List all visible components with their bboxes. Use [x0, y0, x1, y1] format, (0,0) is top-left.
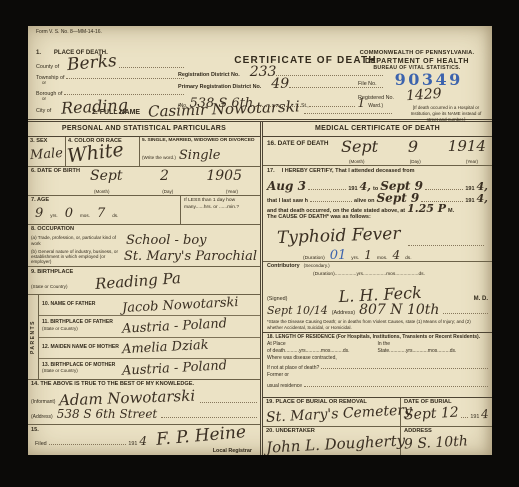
printed-191: 191 — [470, 414, 479, 420]
length-of-residence-section: 18. LENGTH OF RESIDENCE (For Hospitals, … — [263, 333, 492, 398]
dotted-leader — [408, 239, 484, 246]
informant-value: Adam Nowotarski — [59, 387, 196, 410]
parents-section: PARENTS 10. NAME OF FATHER Jacob Nowotar… — [28, 295, 260, 380]
signed-address-label: (Address) — [332, 310, 355, 316]
filed-label: Filed — [35, 441, 47, 447]
section-1-number: 1. — [36, 50, 41, 57]
ds-label: ds. — [112, 213, 118, 218]
place-of-burial-cell: 19. PLACE OF BURIAL OR REMOVAL St. Mary'… — [263, 398, 401, 426]
father-name-label: 10. NAME OF FATHER — [42, 302, 120, 308]
signed-line: (Signed) L. H. Feck M. D. — [263, 285, 492, 302]
undertaker-value: John L. Dougherty — [266, 431, 406, 455]
less-than-one-day-note: If LESS than 1 day how many......hrs. or… — [180, 196, 260, 224]
father-birthplace-sublabel: (State or Country) — [42, 326, 78, 331]
day-sublabel: (Day) — [410, 159, 421, 164]
full-name-value: Casimir Nowotarski — [148, 97, 300, 120]
burial-date-value: Sept 12 — [404, 405, 459, 424]
dotted-leader — [161, 411, 257, 418]
contributory-label: Contributory — [267, 263, 300, 269]
mother-birthplace-row: 13. BIRTHPLACE OF MOTHER(State or Countr… — [39, 359, 260, 379]
yrs-label: yrs. — [50, 213, 57, 218]
full-name-label: 2. FULL NAME — [92, 109, 140, 116]
county-label: County of — [36, 64, 59, 70]
dotted-leader — [308, 183, 346, 190]
dotted-leader — [64, 88, 184, 95]
mother-name-value: Amelia Dziak — [122, 338, 209, 358]
certificate-header: Form V. S. No. 8—MM-14-16. 1. PLACE OF D… — [28, 26, 492, 122]
dod-day: 9 — [408, 137, 418, 156]
printed-191: 191 — [465, 186, 474, 192]
dob-year: 1905 — [206, 168, 242, 184]
dob-day: 2 — [160, 168, 169, 184]
primary-registration-label: Primary Registration District No. — [178, 84, 261, 90]
dotted-leader — [119, 61, 184, 68]
day-sublabel: (Day) — [162, 189, 173, 194]
death-time-value: 1.25 P — [407, 202, 446, 215]
certify-number: 17. — [267, 168, 275, 174]
sex-label: 3. SEX — [30, 138, 63, 144]
last-saw-label: that I last saw h — [267, 198, 308, 204]
year-sublabel: (Year) — [226, 189, 238, 194]
registered-no-value: 1429 — [405, 86, 442, 104]
undertaker-address-cell: ADDRESS 9 S. 10th — [401, 427, 492, 455]
birthplace-sublabel: (State or Country) — [31, 284, 68, 289]
certificate-card: Form V. S. No. 8—MM-14-16. 1. PLACE OF D… — [28, 26, 492, 455]
burial-value: St. Mary's Cemetery — [266, 402, 413, 426]
duration-code-blue: 01 — [330, 248, 347, 263]
of-death-line: of death..........yrs...........mos.....… — [267, 348, 378, 354]
sex-cell: 3. SEX Male — [28, 137, 66, 166]
age-main: 7. AGE 9yrs. 0mos. 7ds. — [28, 196, 180, 224]
department-line: DEPARTMENT OF HEALTH — [344, 56, 490, 65]
occupation-a-value: School - boy — [126, 233, 207, 248]
dob-month: Sept — [90, 168, 122, 184]
informant-row: 14. THE ABOVE IS TRUE TO THE BEST OF MY … — [28, 380, 260, 425]
mother-birthplace-label: 13. BIRTHPLACE OF MOTHER(State or Countr… — [42, 363, 120, 375]
residence-heading: 18. LENGTH OF RESIDENCE (For Hospitals, … — [267, 334, 488, 340]
age-months-value: 0 — [65, 206, 73, 221]
date-of-burial-cell: DATE OF BURIAL Sept 121914 — [401, 398, 492, 426]
local-registrar-label: Local Registrar — [213, 448, 252, 454]
dotted-leader — [310, 195, 352, 202]
dod-month: Sept — [341, 137, 378, 156]
date-of-death-row: 16. DATE OF DEATH Sept 9 1914 (Month) (D… — [263, 137, 492, 166]
marital-sublabel: (Write the word.) — [142, 155, 176, 160]
dotted-leader — [49, 438, 127, 445]
birthplace-value: Reading Pa — [94, 269, 181, 293]
father-name-row: 10. NAME OF FATHER Jacob Nowotarski — [39, 295, 260, 316]
personal-particulars-column: PERSONAL AND STATISTICAL PARTICULARS 3. … — [28, 122, 263, 455]
registration-district-label: Registration District No. — [178, 72, 240, 78]
contracted-line1: Where was disease contracted, — [267, 355, 337, 361]
dotted-leader — [321, 362, 488, 369]
informant-address-label: (Address) — [31, 414, 53, 420]
printed-191: 191 — [348, 186, 357, 192]
undertaker-address-value: 9 S. 10th — [404, 433, 469, 452]
cause-intro: The CAUSE OF DEATH* was as follows: — [267, 214, 371, 220]
former-line2: usual residence — [267, 383, 302, 389]
sex-value: Male — [30, 146, 64, 163]
occupation-label: 8. OCCUPATION — [31, 226, 257, 232]
occupation-b-value: St. Mary's Parochial — [124, 249, 257, 264]
mother-name-label: 12. MAIDEN NAME OF MOTHER — [42, 345, 120, 351]
dotted-leader — [425, 183, 463, 190]
informant-heading: 14. THE ABOVE IS TRUE TO THE BEST OF MY … — [31, 381, 257, 387]
mos-label: mos. — [80, 213, 90, 218]
alive-on-year: 4, — [477, 192, 488, 205]
marital-cell: 5. SINGLE, MARRIED, WIDOWED OR DIVORCED … — [140, 137, 260, 166]
occupation-b-label: (b) General nature of industry, business… — [31, 249, 121, 264]
undertaker-address-label: ADDRESS — [404, 428, 489, 434]
md-label: M. D. — [474, 296, 488, 303]
age-years-value: 9 — [35, 206, 43, 221]
mos-label: mos. — [377, 256, 388, 261]
personal-heading: PERSONAL AND STATISTICAL PARTICULARS — [28, 122, 260, 137]
dotted-leader — [421, 195, 463, 202]
cause-of-death-value: Typhoid Fever — [277, 224, 401, 248]
filed-section-number: 15. — [31, 427, 39, 433]
medical-certificate-column: MEDICAL CERTIFICATE OF DEATH 16. DATE OF… — [263, 122, 492, 455]
sex-race-marital-row: 3. SEX Male 4. COLOR OR RACE White 5. SI… — [28, 137, 260, 167]
duration-months-value: 1 — [364, 248, 372, 262]
birthplace-row: 9. BIRTHPLACE (State or Country) Reading… — [28, 267, 260, 295]
file-no-label: File No. — [358, 81, 377, 87]
township-label: Township of — [36, 75, 64, 81]
duration-line: (Duration) 01 yrs. 1 mos. 4 ds. — [263, 248, 492, 262]
year-sublabel: (Year) — [466, 159, 478, 164]
yrs-label: yrs. — [351, 256, 359, 261]
contributory-duration-line: (Duration)................yrs...........… — [313, 272, 488, 277]
informant-address-value: 538 S 6th Street — [57, 407, 158, 421]
dotted-leader — [304, 380, 488, 387]
dotted-leader — [443, 307, 488, 314]
attended-from-value: Aug 3 — [267, 179, 306, 193]
filed-year-printed: 191 — [128, 441, 137, 447]
former-line1: Former or — [267, 372, 289, 378]
full-name-row: 2. FULL NAME Casimir Nowotarski — [92, 100, 392, 117]
race-cell: 4. COLOR OR RACE White — [66, 137, 140, 166]
city-label: City of — [36, 108, 51, 114]
form-number: Form V. S. No. 8—MM-14-16. — [36, 29, 102, 35]
dotted-leader — [461, 411, 469, 418]
father-birthplace-label: 11. BIRTHPLACE OF FATHER(State or Countr… — [42, 320, 120, 332]
burial-row: 19. PLACE OF BURIAL OR REMOVAL St. Mary'… — [263, 398, 492, 427]
state-line: State............yrs...........mos......… — [378, 348, 489, 354]
mother-name-row: 12. MAIDEN NAME OF MOTHER Amelia Dziak — [39, 338, 260, 359]
mother-birthplace-value: Austria - Poland — [122, 359, 228, 379]
occupation-a-label: (a) Trade, profession, or, particular ki… — [31, 235, 123, 245]
printed-191: 191 — [465, 198, 474, 204]
month-sublabel: (Month) — [349, 159, 365, 164]
cause-footnote: *State the Disease Causing Death; or in … — [263, 318, 492, 333]
date-of-birth-row: 6. DATE OF BIRTH Sept 2 1905 (Month) (Da… — [28, 167, 260, 196]
secondary-label: (Secondary.) — [304, 263, 330, 268]
certify-intro: I HEREBY CERTIFY, That I attended deceas… — [282, 168, 415, 174]
meridian-label: M. — [448, 208, 454, 214]
filed-row: 15. Filed 191 4 F. P. Heine Local Regist… — [28, 425, 260, 455]
dod-label: 16. DATE OF DEATH — [267, 140, 329, 147]
dod-year: 1914 — [448, 137, 486, 156]
signed-label: (Signed) — [267, 296, 287, 302]
burial-date-year: 4 — [481, 407, 489, 421]
parents-strip: PARENTS — [28, 295, 39, 379]
certificate-body: PERSONAL AND STATISTICAL PARTICULARS 3. … — [28, 122, 492, 455]
attended-from-year: 4, — [360, 180, 371, 193]
month-sublabel: (Month) — [94, 189, 110, 194]
age-row: 7. AGE 9yrs. 0mos. 7ds. If LESS than 1 d… — [28, 196, 260, 225]
ds-label: ds. — [405, 256, 412, 261]
primary-registration-value: 49 — [271, 76, 289, 92]
undertaker-cell: 20. UNDERTAKER John L. Dougherty — [263, 427, 401, 455]
marital-value: Single — [179, 148, 221, 163]
medical-heading: MEDICAL CERTIFICATE OF DEATH — [263, 122, 492, 137]
certify-statement: 17. I HEREBY CERTIFY, That I attended de… — [263, 166, 492, 225]
hospital-note: [If death occurred in a Hospital or Inst… — [406, 105, 486, 123]
dotted-leader — [200, 396, 257, 403]
occupation-row: 8. OCCUPATION (a) Trade, profession, or,… — [28, 225, 260, 267]
parents-vertical-label: PARENTS — [30, 320, 36, 354]
age-days-value: 7 — [97, 206, 105, 221]
dotted-leader — [304, 107, 392, 114]
father-birthplace-row: 11. BIRTHPLACE OF FATHER(State or Countr… — [39, 316, 260, 337]
duration-days-value: 4 — [392, 248, 400, 262]
filed-year-handwritten: 4 — [139, 434, 147, 448]
undertaker-row: 20. UNDERTAKER John L. Dougherty ADDRESS… — [263, 427, 492, 455]
informant-label: (Informant) — [31, 399, 55, 405]
mother-birthplace-sublabel: (State or Country) — [42, 368, 78, 373]
registrar-signature: F. P. Heine — [155, 422, 246, 450]
birthplace-label: 9. BIRTHPLACE — [31, 269, 89, 275]
or-word: or — [42, 81, 184, 86]
scanned-death-certificate: Form V. S. No. 8—MM-14-16. 1. PLACE OF D… — [0, 0, 519, 487]
marital-label: 5. SINGLE, MARRIED, WIDOWED OR DIVORCED — [142, 138, 258, 144]
duration-label: (Duration) — [303, 256, 325, 261]
alive-on-label: alive on — [354, 198, 374, 204]
cause-of-death-line: Typhoid Fever — [263, 225, 492, 248]
contracted-line2: If not at place of death? — [267, 365, 319, 371]
father-name-value: Jacob Nowotarski — [122, 295, 239, 316]
age-label: 7. AGE — [31, 197, 177, 203]
father-birthplace-value: Austria - Poland — [122, 316, 228, 336]
borough-label: Borough of — [36, 91, 62, 97]
